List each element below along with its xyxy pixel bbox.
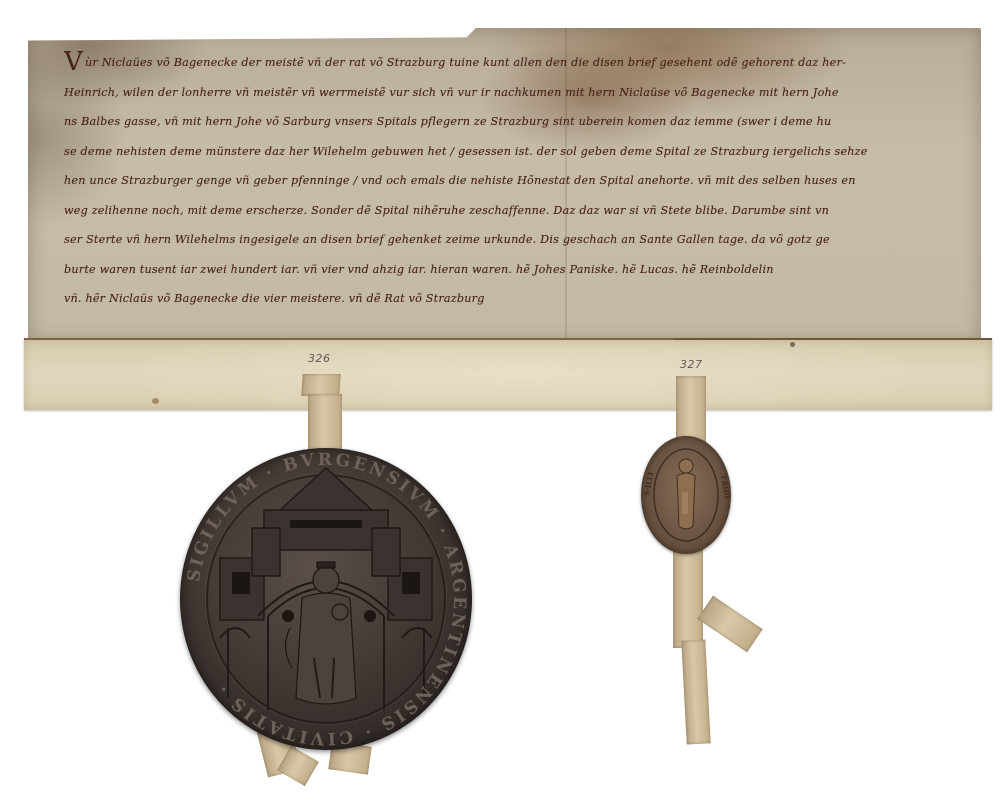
- text-line-7: ser Sterte vñ hern Wilehelms ingesigele…: [64, 225, 969, 255]
- seal-tag-loop-left: [301, 374, 341, 396]
- archive-number-left: 326: [308, 352, 331, 365]
- personal-seal-small: S·ILLI FRIDI·: [641, 436, 731, 554]
- archive-number-right: 327: [680, 358, 703, 371]
- stain-spot: [152, 398, 159, 404]
- seal-tag-strip-right-top: [676, 376, 706, 442]
- charter-photograph: Vùr Niclaües võ Bagenecke der meistẽ vn…: [0, 0, 1000, 804]
- parchment-text-body: Vùr Niclaües võ Bagenecke der meistẽ vn…: [28, 28, 981, 342]
- text-line-9: vñ. hẽr Niclaüs võ Bagenecke die vier …: [64, 284, 969, 314]
- text-line-3: ns Balbes gasse, vñ mit hern Johe võ S…: [64, 107, 969, 137]
- text-line-6: weg zelihenne noch, mit deme erscherze. …: [64, 196, 969, 226]
- plica-edge-shadow: [674, 338, 992, 340]
- ink-spot: [790, 342, 795, 347]
- charter-text: Vùr Niclaües võ Bagenecke der meistẽ vn…: [64, 48, 969, 314]
- text-line-1-content: ùr Niclaües võ Bagenecke der meistẽ vñ…: [85, 56, 846, 69]
- text-line-4: se deme nehisten deme münstere daz her W…: [64, 137, 969, 167]
- text-line-1: Vùr Niclaües võ Bagenecke der meistẽ vn…: [64, 48, 969, 78]
- svg-text:SIGILLVM · BVRGENSIVM · ARGENT: SIGILLVM · BVRGENSIVM · ARGENTINENSIS · …: [184, 450, 469, 748]
- seal-standing-figure-icon: S·ILLI FRIDI·: [641, 436, 731, 554]
- plica-fold: 326 327: [24, 338, 992, 410]
- seal-tag-strip-right-bottom: [681, 639, 710, 744]
- seal-legend-text: SIGILLVM · BVRGENSIVM · ARGENTINENSIS · …: [180, 448, 472, 750]
- svg-text:FRIDI·: FRIDI·: [719, 475, 731, 502]
- seal-tag-strip-right-mid: [673, 548, 703, 648]
- svg-text:S·ILLI: S·ILLI: [642, 471, 655, 496]
- text-line-2: Heinrich, wilen der lonherre vñ meistẽr…: [64, 78, 969, 108]
- text-line-5: hen unce Strazburger genge vñ geber pfe…: [64, 166, 969, 196]
- decorated-initial: V: [64, 48, 83, 77]
- seal-tag-strip-right-loop: [697, 596, 762, 653]
- text-line-8: burte waren tusent iar zwei hundert iar.…: [64, 255, 969, 285]
- city-seal-large: SIGILLVM · BVRGENSIVM · ARGENTINENSIS · …: [180, 448, 472, 750]
